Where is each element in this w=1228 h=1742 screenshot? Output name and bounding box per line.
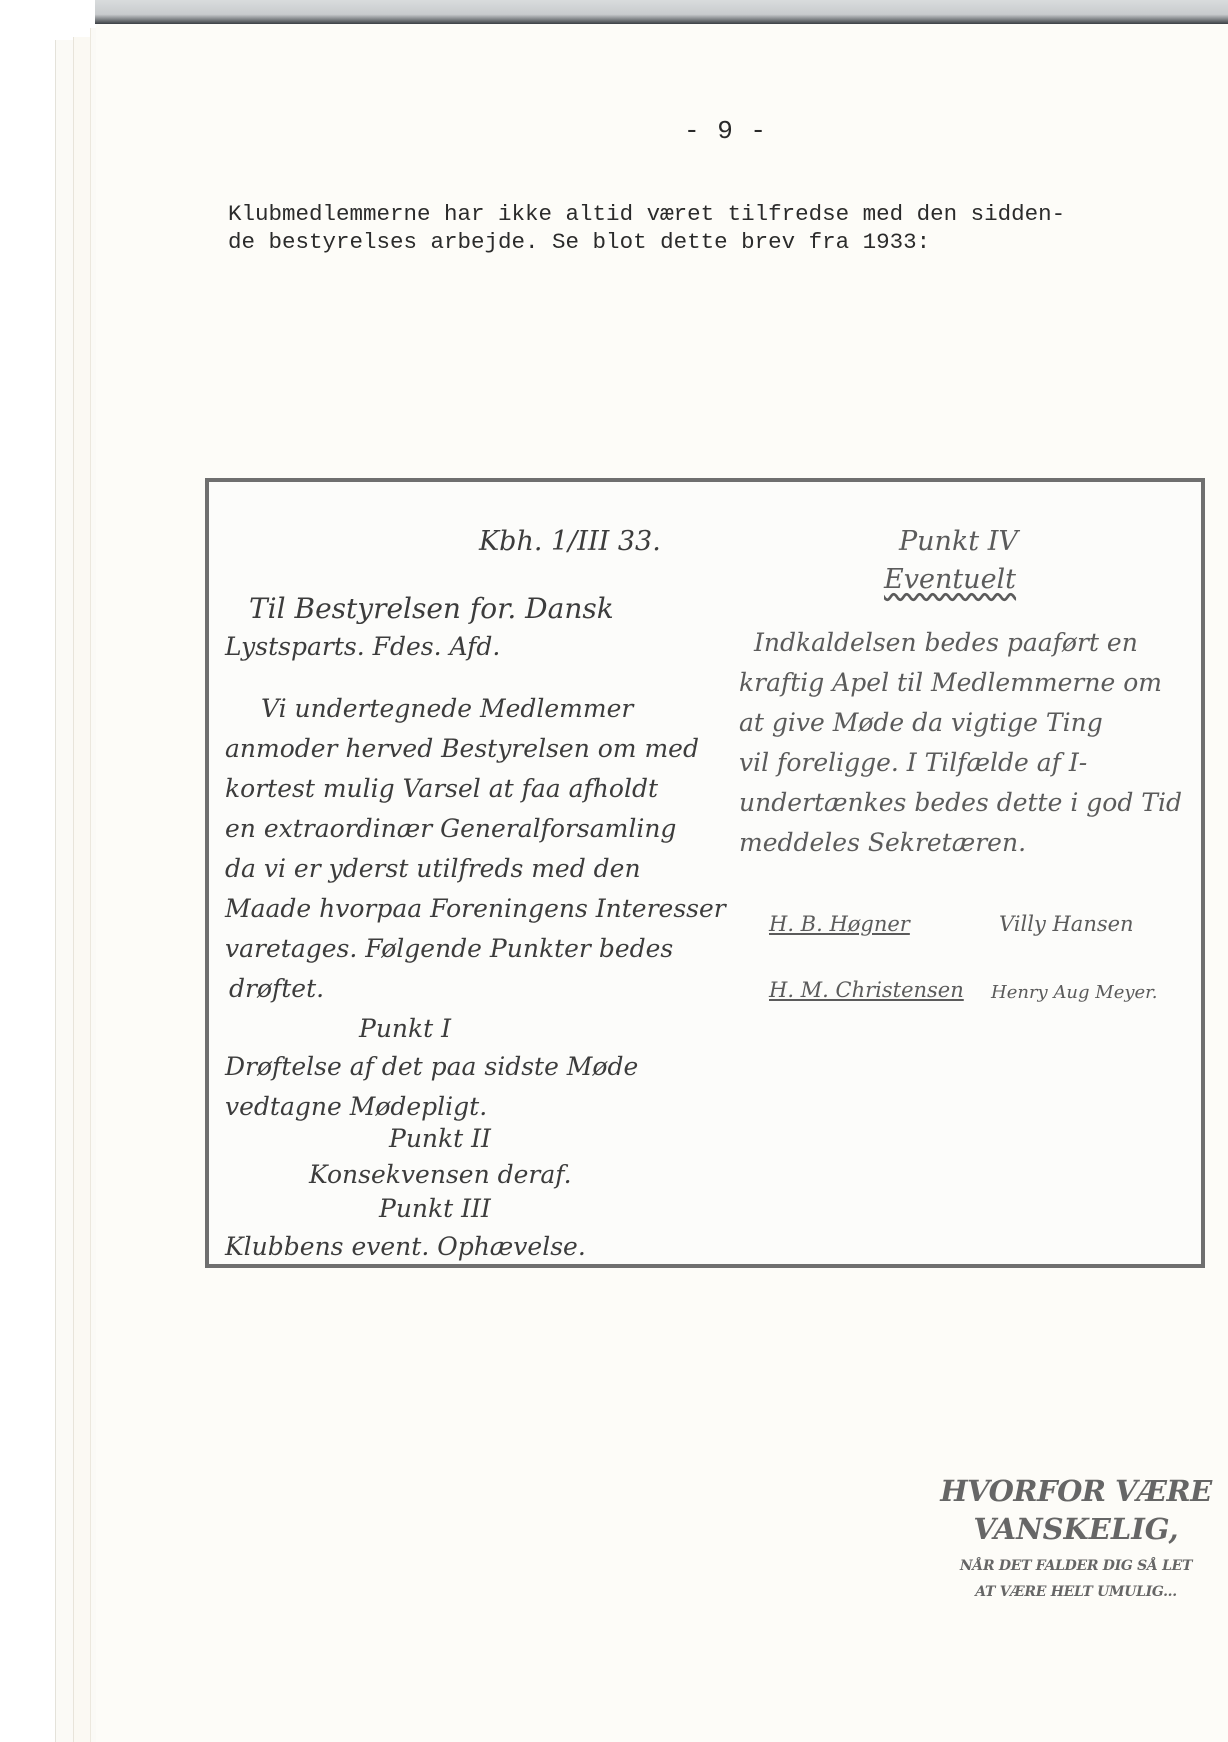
document-page: - 9 - Klubmedlemmerne har ikke altid vær… [96, 24, 1228, 1742]
intro-line: Klubmedlemmerne har ikke altid været til… [228, 200, 1228, 228]
slogan-line: NÅR DET FALDER DIG SÅ LET [926, 1558, 1226, 1574]
signature: H. M. Christensen [769, 978, 964, 1002]
page-number: - 9 - [684, 116, 767, 146]
point-text: undertænkes bedes dette i god Tid [739, 788, 1182, 817]
point-subheading: Eventuelt [884, 564, 1016, 595]
letter-image-frame: Kbh. 1/III 33. Til Bestyrelsen for. Dans… [205, 478, 1205, 1268]
letter-body-line: Vi undertegnede Medlemmer [261, 694, 633, 723]
letter-body-line: drøftet. [229, 974, 324, 1003]
slogan-line: AT VÆRE HELT UMULIG... [926, 1584, 1226, 1600]
letter-date: Kbh. 1/III 33. [479, 526, 661, 557]
point-text: kraftig Apel til Medlemmerne om [739, 668, 1162, 697]
letter-body-line: varetages. Følgende Punkter bedes [225, 934, 673, 963]
letter-body-line: en extraordinær Generalforsamling [225, 814, 676, 843]
point-text: Konsekvensen deraf. [309, 1160, 572, 1189]
signature: Henry Aug Meyer. [991, 982, 1158, 1003]
point-heading: Punkt II [389, 1124, 491, 1153]
point-text: at give Møde da vigtige Ting [739, 708, 1103, 737]
signature: Villy Hansen [999, 912, 1134, 936]
point-text: Drøftelse af det paa sidste Møde [225, 1052, 638, 1081]
point-text: meddeles Sekretæren. [739, 828, 1026, 857]
letter-salutation-line: Lystsparts. Fdes. Afd. [225, 632, 500, 661]
point-text: vedtagne Mødepligt. [225, 1092, 487, 1121]
letter-body-line: Maade hvorpaa Foreningens Interesser [225, 894, 726, 923]
slogan-line: HVORFOR VÆRE [926, 1474, 1226, 1508]
scanner-shadow [95, 0, 1228, 24]
point-text: vil foreligge. I Tilfælde af I- [739, 748, 1087, 777]
letter-salutation-line: Til Bestyrelsen for. Dansk [249, 592, 614, 625]
letter-body-line: da vi er yderst utilfreds med den [225, 854, 641, 883]
point-heading: Punkt IV [899, 526, 1018, 557]
slogan-line: VANSKELIG, [926, 1512, 1226, 1546]
letter-body-line: anmoder herved Bestyrelsen om med [225, 734, 699, 763]
slogan-block: HVORFOR VÆRE VANSKELIG, NÅR DET FALDER D… [926, 1474, 1226, 1600]
signature: H. B. Høgner [769, 912, 910, 936]
intro-line: de bestyrelses arbejde. Se blot dette br… [228, 228, 1228, 256]
point-heading: Punkt III [379, 1194, 491, 1223]
point-text: Indkaldelsen bedes paaført en [754, 628, 1138, 657]
intro-paragraph: Klubmedlemmerne har ikke altid været til… [228, 200, 1228, 256]
point-heading: Punkt I [359, 1014, 451, 1043]
point-text: Klubbens event. Ophævelse. [225, 1232, 586, 1261]
letter-body-line: kortest mulig Varsel at faa afholdt [225, 774, 658, 803]
